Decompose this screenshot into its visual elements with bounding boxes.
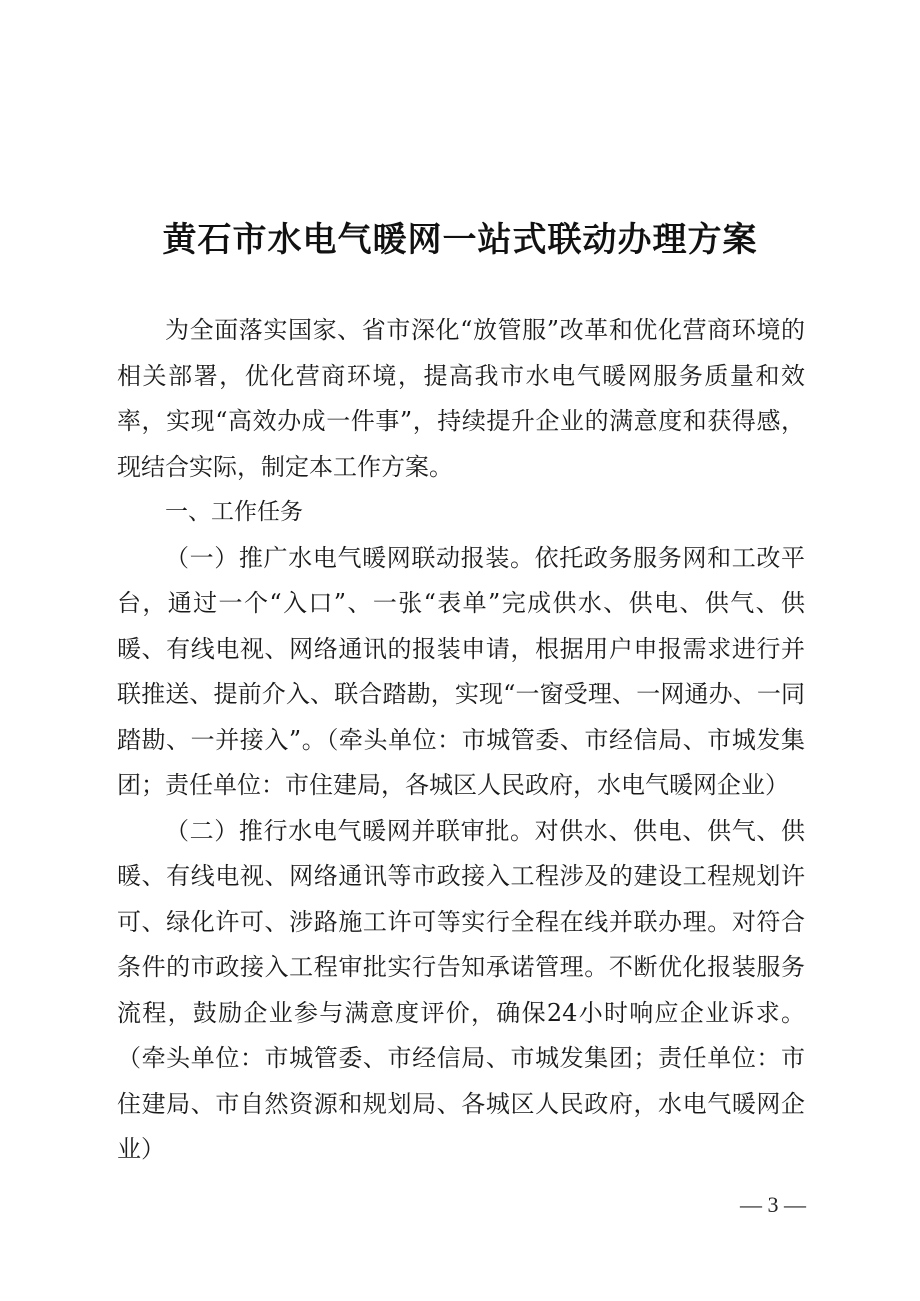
- document-title: 黄石市水电气暖网一站式联动办理方案: [0, 212, 920, 261]
- task-item-1: （一）推广水电气暖网联动报装。依托政务服务网和工改平台，通过一个“入口”、一张“…: [117, 536, 805, 809]
- intro-paragraph: 为全面落实国家、省市深化“放管服”改革和优化营商环境的相关部署，优化营商环境，提…: [117, 308, 805, 490]
- document-body: 为全面落实国家、省市深化“放管服”改革和优化营商环境的相关部署，优化营商环境，提…: [117, 308, 805, 1173]
- page-number: — 3 —: [740, 1192, 806, 1218]
- task-item-2: （二）推行水电气暖网并联审批。对供水、供电、供气、供暖、有线电视、网络通讯等市政…: [117, 809, 805, 1173]
- section-heading-work-tasks: 一、工作任务: [117, 490, 805, 536]
